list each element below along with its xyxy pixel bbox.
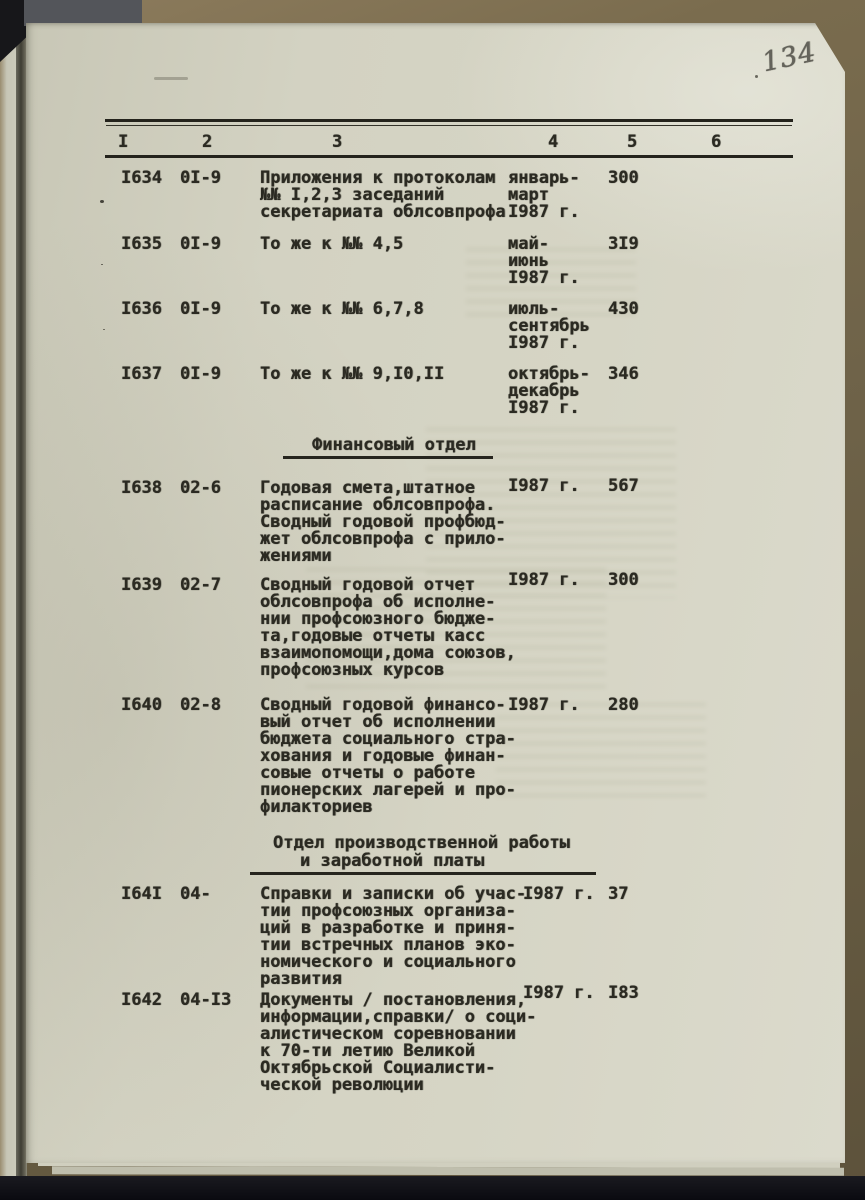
column-header-2: 2: [202, 134, 212, 151]
handwritten-page-number: 134: [761, 44, 818, 72]
entry-dates: I987 г.: [508, 697, 580, 714]
entry-number: I640: [121, 697, 162, 714]
entry-title: Справки и записки об учас- тии профсоюзн…: [260, 886, 526, 988]
index-code: 0I-9: [180, 366, 221, 383]
page-stack-edge-strip: [0, 20, 17, 1180]
entry-title: Документы / постановления, информации,сп…: [260, 992, 536, 1094]
entry-title: Годовая смета,штатное расписание облсовп…: [260, 480, 506, 565]
entry-number: I636: [121, 301, 162, 318]
entry-number: I635: [121, 236, 162, 253]
section-underline: [283, 456, 493, 459]
index-code: 02-6: [180, 480, 221, 497]
sheet-count: 346: [608, 366, 639, 383]
entry-number: I64I: [121, 886, 162, 903]
sheet-count: 280: [608, 697, 639, 714]
binding-shadow-line: [16, 20, 27, 1180]
index-code: 04-: [180, 886, 211, 903]
entry-title: То же к №№ 9,I0,II: [260, 366, 444, 383]
pencil-dot: [755, 75, 758, 78]
ink-speck: [100, 200, 104, 203]
sheet-count: 3I9: [608, 236, 639, 253]
entry-dates: октябрь- декабрь I987 г.: [508, 366, 590, 417]
entry-dates: I987 г.: [523, 985, 595, 1002]
entry-number: I637: [121, 366, 162, 383]
section-underline: [250, 872, 596, 875]
entry-number: I639: [121, 577, 162, 594]
entry-title: Сводный годовой отчет облсовпрофа об исп…: [260, 577, 516, 679]
entry-dates: I987 г.: [523, 886, 595, 903]
column-header-6: 6: [711, 134, 721, 151]
stacked-pages-edge: [52, 1166, 844, 1175]
pencil-smudge: [154, 77, 188, 80]
entry-number: I642: [121, 992, 162, 1009]
sheet-count: 300: [608, 170, 639, 187]
entry-number: I634: [121, 170, 162, 187]
column-header-4: 4: [548, 134, 558, 151]
entry-title: Сводный годовой финансо- вый отчет об ис…: [260, 697, 516, 816]
sheet-count: I83: [608, 985, 639, 1002]
entry-title: То же к №№ 4,5: [260, 236, 403, 253]
column-header-1: I: [118, 134, 128, 151]
grey-clip-patch: [24, 0, 142, 26]
document-page: 134 I 2 3 4 5 6 I634 0I-9 Приложения к п…: [26, 23, 845, 1163]
index-code: 0I-9: [180, 301, 221, 318]
index-code: 04-I3: [180, 992, 231, 1009]
index-code: 0I-9: [180, 236, 221, 253]
entry-dates: I987 г.: [508, 478, 580, 495]
bottom-shadow-band: [0, 1176, 865, 1200]
column-header-3: 3: [332, 134, 342, 151]
entry-dates: I987 г.: [508, 572, 580, 589]
table-top-rule: [105, 119, 793, 122]
entry-dates: май- июнь I987 г.: [508, 236, 580, 287]
entry-title: То же к №№ 6,7,8: [260, 301, 424, 318]
index-code: 0I-9: [180, 170, 221, 187]
entry-title: Приложения к протоколам №№ I,2,3 заседан…: [260, 170, 506, 221]
entry-dates: январь- март I987 г.: [508, 170, 580, 221]
entry-dates: июль- сентябрь I987 г.: [508, 301, 590, 352]
sheet-count: 37: [608, 886, 628, 903]
index-code: 02-7: [180, 577, 221, 594]
bleed-through-mark: [496, 703, 706, 803]
sheet-count: 300: [608, 572, 639, 589]
column-header-5: 5: [627, 134, 637, 151]
index-code: 02-8: [180, 697, 221, 714]
sheet-count: 430: [608, 301, 639, 318]
scanner-background: 134 I 2 3 4 5 6 I634 0I-9 Приложения к п…: [0, 0, 865, 1200]
sheet-count: 567: [608, 478, 639, 495]
entry-number: I638: [121, 480, 162, 497]
table-header-bottom-rule: [105, 155, 793, 158]
